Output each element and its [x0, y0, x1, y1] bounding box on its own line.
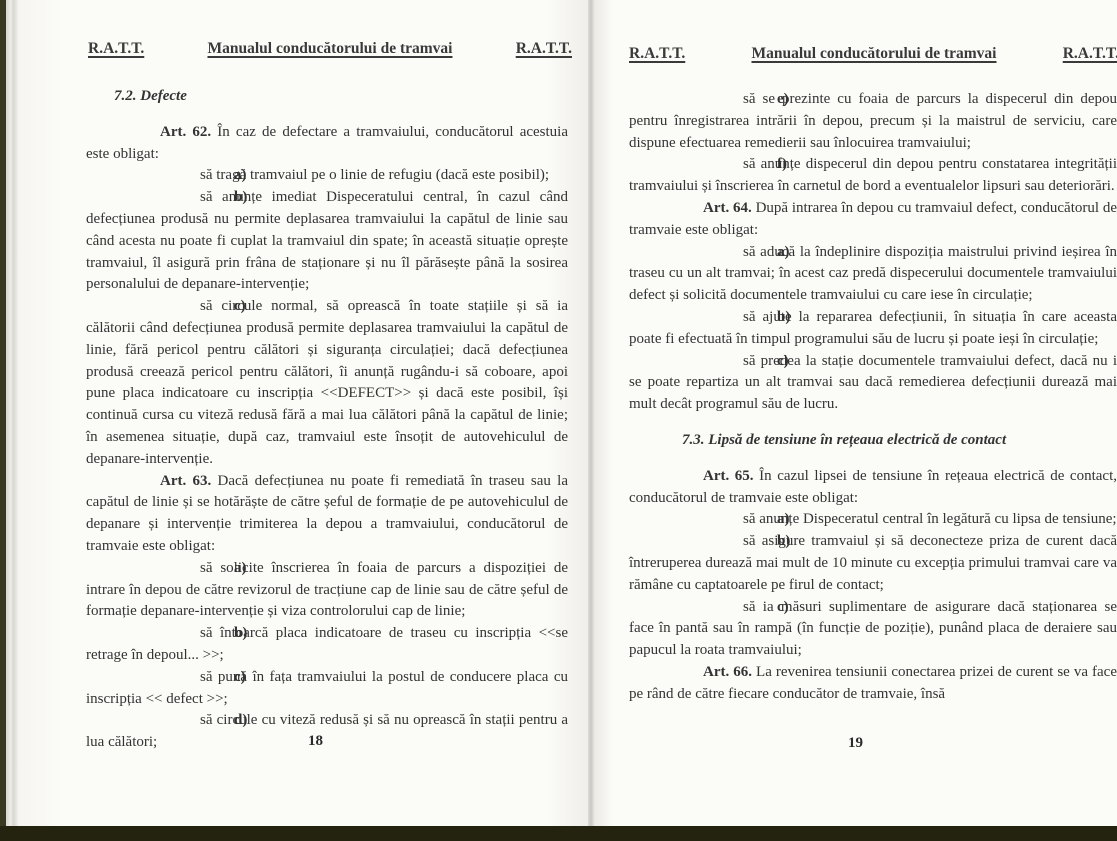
- scan-bottom-edge: [0, 826, 1117, 841]
- left-page-content: 7.2. Defecte Art. 62. În caz de defectar…: [86, 86, 568, 754]
- list-item: c)să predea la stație documentele tramva…: [629, 351, 1117, 416]
- list-item: b)să anunțe imediat Dispeceratului centr…: [86, 187, 568, 296]
- book-spine: [588, 0, 594, 826]
- article-63: Art. 63. Dacă defecțiunea nu poate fi re…: [86, 471, 568, 558]
- page-header: R.A.T.T. Manualul conducătorului de tram…: [88, 40, 572, 58]
- header-org-left: R.A.T.T.: [88, 40, 144, 58]
- page-number: 18: [308, 733, 323, 750]
- header-title: Manualul conducătorului de tramvai: [751, 45, 996, 63]
- list-item: c)să pună în fața tramvaiului la postul …: [86, 667, 568, 711]
- section-title: 7.2. Defecte: [114, 86, 568, 108]
- list-item: a)să solicite înscrierea în foaia de par…: [86, 558, 568, 623]
- page-stack-edge: [6, 0, 18, 826]
- list-item: a)să anunțe Dispeceratul central în legă…: [629, 509, 1117, 531]
- article-64: Art. 64. După intrarea în depou cu tramv…: [629, 198, 1117, 242]
- right-page: R.A.T.T. Manualul conducătorului de tram…: [592, 0, 1117, 826]
- page-header: R.A.T.T. Manualul conducătorului de tram…: [629, 45, 1117, 63]
- list-item: b)să asigure tramvaiul și să deconecteze…: [629, 531, 1117, 596]
- header-org-left: R.A.T.T.: [629, 45, 685, 63]
- right-page-content: e)să se prezinte cu foaia de parcurs la …: [629, 89, 1117, 706]
- article-66: Art. 66. La revenirea tensiunii conectar…: [629, 662, 1117, 706]
- article-65: Art. 65. În cazul lipsei de tensiune în …: [629, 466, 1117, 510]
- list-item: d)să circule cu viteză redusă și să nu o…: [86, 710, 568, 754]
- section-title: 7.3. Lipsă de tensiune în rețeaua electr…: [682, 430, 1117, 452]
- list-item: f)să anunțe dispecerul din depou pentru …: [629, 154, 1117, 198]
- list-item: e)să se prezinte cu foaia de parcurs la …: [629, 89, 1117, 154]
- page-number: 19: [848, 735, 863, 752]
- list-item: a)să aducă la îndeplinire dispoziția mai…: [629, 242, 1117, 307]
- article-62: Art. 62. În caz de defectare a tramvaiul…: [86, 122, 568, 166]
- list-item: b)să întoarcă placa indicatoare de trase…: [86, 623, 568, 667]
- list-item: b)să ajute la repararea defecțiunii, în …: [629, 307, 1117, 351]
- list-item: c)să ia măsuri suplimentare de asigurare…: [629, 597, 1117, 662]
- header-org-right: R.A.T.T.: [516, 40, 572, 58]
- left-page: R.A.T.T. Manualul conducătorului de tram…: [18, 0, 592, 826]
- list-item: c)să circule normal, să oprească în toat…: [86, 296, 568, 470]
- header-org-right: R.A.T.T.: [1063, 45, 1117, 63]
- list-item: a)să tragă tramvaiul pe o linie de refug…: [86, 165, 568, 187]
- header-title: Manualul conducătorului de tramvai: [207, 40, 452, 58]
